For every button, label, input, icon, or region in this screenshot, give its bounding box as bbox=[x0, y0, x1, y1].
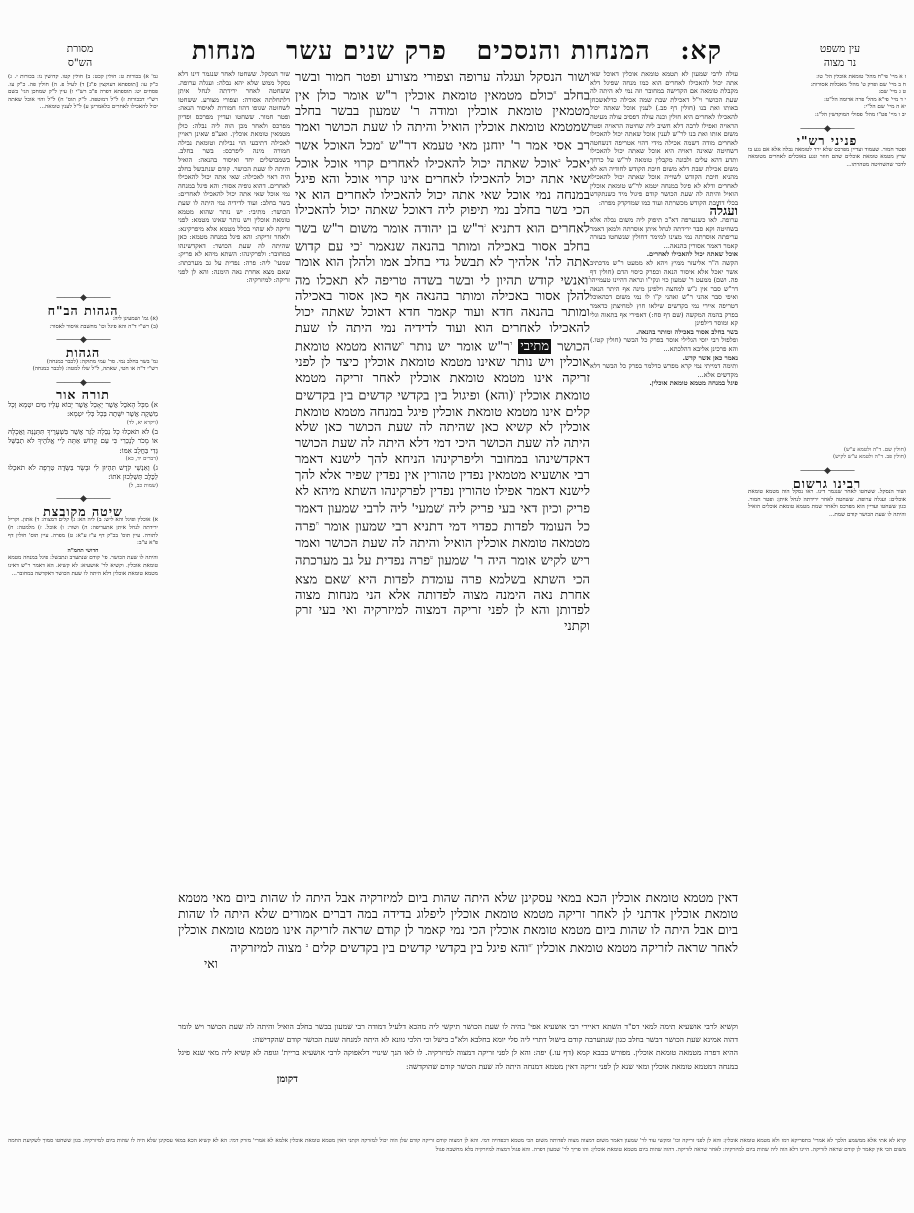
hagahot-habach-item: (ב) רש"י ד"ה והא פיגל וכו' מחשבת איסור ל… bbox=[8, 324, 158, 332]
shita-mekubetzet-title: שיטה מקובצת bbox=[8, 508, 158, 516]
chapter-name: המנחות והנסכים bbox=[477, 36, 651, 65]
hagahot-habach-title: הגהות הב"ח bbox=[8, 307, 158, 315]
torah-or-verse: ב) לֹא תֹאכְלוּ כָל נְבֵלָה לַגֵּר אֲשֶׁ… bbox=[8, 428, 158, 457]
ornament-divider-icon: ———◆——— bbox=[748, 468, 906, 476]
matkivei-boxed-word: מתיבי bbox=[518, 339, 551, 354]
ein-mishpat-entries: ז א מיי' פי"ח מהל' טומאת אוכלין הל' טו: … bbox=[748, 74, 906, 120]
tosafot-text: הקשה ה"ר אליעזר ממיץ ויהא לא ממעט ר"ש מד… bbox=[590, 259, 738, 327]
chiddushei-text: והיתה לו שעת הכושר. פי' קודם שנתערב ונתב… bbox=[8, 555, 158, 578]
ein-mishpat-label: עין משפט bbox=[780, 42, 900, 56]
gemara-catchword: ואי bbox=[178, 956, 218, 972]
daf-number: קא: bbox=[680, 36, 722, 65]
tosafot-text: ופלפול רבי יוסי הגלילי אוסר בפרק כל הבשר… bbox=[590, 336, 738, 353]
masoret-hashas-header: מסורת הש"ס bbox=[40, 42, 120, 70]
talmud-page: עין משפט נר מצוה קא: המנחות והנסכים פרק … bbox=[0, 0, 914, 1213]
footer-commentary: וקשיא לרבי אושעיא תימה למאי דס"ד השתא דא… bbox=[178, 1020, 738, 1086]
page-title: קא: המנחות והנסכים פרק שנים עשר מנחות bbox=[150, 36, 764, 66]
ein-mishpat-entry: ז א מיי' פי"ח מהל' טומאת אוכלין הל' טו: bbox=[748, 74, 906, 82]
hagahot-item: רש"י ד"ה או חטי, שאתה, ל"ל שלו למטה: (לכ… bbox=[8, 366, 158, 374]
tosafot-heading-basar: בשר בחלב אסור באכילה ומותר בהנאה. bbox=[590, 328, 738, 337]
ein-mishpat-header: עין משפט נר מצוה bbox=[780, 42, 900, 70]
rashi-column: שור הנסקל. ששחטו לאחר שנגמר דינו דלא נסק… bbox=[178, 70, 290, 890]
ornament-divider-icon: ———◆——— bbox=[8, 337, 158, 345]
hashas-label: הש"ס bbox=[40, 56, 120, 70]
hagahot-title: הגהות bbox=[8, 349, 158, 357]
ornament-divider-icon: ———◆——— bbox=[8, 380, 158, 388]
tosafot-heading-pigel: פיגל במנחה מטמא טומאת אוכלין. bbox=[590, 379, 738, 388]
tosafot-heading-ochel: אוכל שאתה יכול להאכילו לאחרים. bbox=[590, 250, 738, 259]
left-margin: גמ' א) בכורות ט: חולין קכט: ב) חולין קטו… bbox=[8, 74, 158, 1134]
ornament-divider-icon: ———◆——— bbox=[748, 126, 906, 134]
ein-mishpat-entry: ט ג מיי' שם: bbox=[748, 89, 906, 97]
torah-or-source: (ויקרא יא, לד) bbox=[8, 420, 158, 428]
shita-mekubetzet-text: א) אוכלין ופיגל והא ליש: ב) ליה הא: ג) ק… bbox=[8, 517, 158, 547]
rabbeinu-gershom-title: רבינו גרשום bbox=[748, 480, 906, 488]
right-margin: ז א מיי' פי"ח מהל' טומאת אוכלין הל' טו: … bbox=[748, 74, 906, 1014]
footer-line: וקשיא לרבי אושעיא תימה למאי דס"ד השתא דא… bbox=[178, 1020, 738, 1046]
ornament-divider-icon: ———◆——— bbox=[8, 295, 158, 303]
masoret-label: מסורת bbox=[40, 42, 120, 56]
perek-label: פרק שנים עשר bbox=[286, 36, 447, 65]
footer-line: ההיא דפרה מטמאה טומאת אוכלין. מפורש בבבא… bbox=[178, 1046, 738, 1072]
catchword: דקומן bbox=[178, 1073, 298, 1086]
ein-mishpat-entry: ח ב מיי' שם ופרק ט' מהל' מאכלות אסורות: bbox=[748, 82, 906, 90]
pnei-rashi-text: ופטר חמור. שעמוד ועדיין מפרכס שלא ירד לט… bbox=[748, 147, 906, 447]
ornament-divider-icon: ———◆——— bbox=[8, 496, 158, 504]
rashi-text: שור הנסקל. ששחטו לאחר שנגמר דינו דלא נסק… bbox=[178, 70, 290, 284]
tosafot-text: עולה לרבי שמעון לא תטמא טומאת אוכלין דאו… bbox=[590, 70, 738, 207]
gemara-paragraph: ושור הנסקל ועגלה ערופה וצפורי מצורע ופטר… bbox=[295, 70, 590, 635]
footer-notes: קרא לא אתי אלא ממשמע הלכך לא אמרי' בתפרי… bbox=[8, 1137, 906, 1156]
torah-or-title: תורה אור bbox=[8, 391, 158, 399]
pnei-rashi-ref: (חולין פב. ד"ה ולטמא ע"ש לקיש) bbox=[748, 454, 906, 462]
torah-or-verse: א) מִכָּל הָאֹכֶל אֲשֶׁר יֵאָכֵל אֲשֶׁר … bbox=[8, 401, 158, 420]
torah-or-source: (דברים יד, כא) bbox=[8, 456, 158, 464]
torah-or-verse: ג) וְאַנְשֵׁי קֹדֶשׁ תִּהְיוּן לִי וּבָש… bbox=[8, 464, 158, 483]
tosafot-column: עולה לרבי שמעון לא תטמא טומאת אוכלין דאו… bbox=[590, 70, 738, 1015]
gemara-main-text: ושור הנסקל ועגלה ערופה וצפורי מצורע ופטר… bbox=[295, 70, 590, 635]
ein-mishpat-entry: יב ו מיי' פט"ו מהל' פסולי המוקדשין הל"ג: bbox=[748, 112, 906, 120]
gemara-wide-text: דאין מטמא טומאת אוכלין הכא במאי עסקינן ש… bbox=[178, 890, 738, 972]
ner-mitzvah-label: נר מצוה bbox=[780, 56, 900, 70]
tosafot-text: ותימה דמייתי נמי קרא מפרש כדלמר בפרק כל … bbox=[590, 362, 738, 379]
tractate-name: מנחות bbox=[192, 36, 256, 65]
pnei-rashi-title: פניני רש"י bbox=[748, 137, 906, 145]
ein-mishpat-entry: יא ה מיי' שם הל"י: bbox=[748, 104, 906, 112]
tosafot-text: ערופה. לאו כשנערפה דא"כ תיפוק ליה משום נ… bbox=[590, 216, 738, 250]
tosafot-heading-eglah: ועגלה bbox=[590, 208, 738, 217]
torah-or-source: (שמות כב, ל) bbox=[8, 483, 158, 491]
masoret-hashas-text: גמ' א) בכורות ט: חולין קכט: ב) חולין קטו… bbox=[8, 74, 158, 289]
tosafot-heading-naamar: נאמר כאן אשר קדש. bbox=[590, 354, 738, 363]
rabbeinu-gershom-text: ושור הנסקל. ששחטו לאחר שנגמר דינו. ראו נ… bbox=[748, 489, 906, 519]
